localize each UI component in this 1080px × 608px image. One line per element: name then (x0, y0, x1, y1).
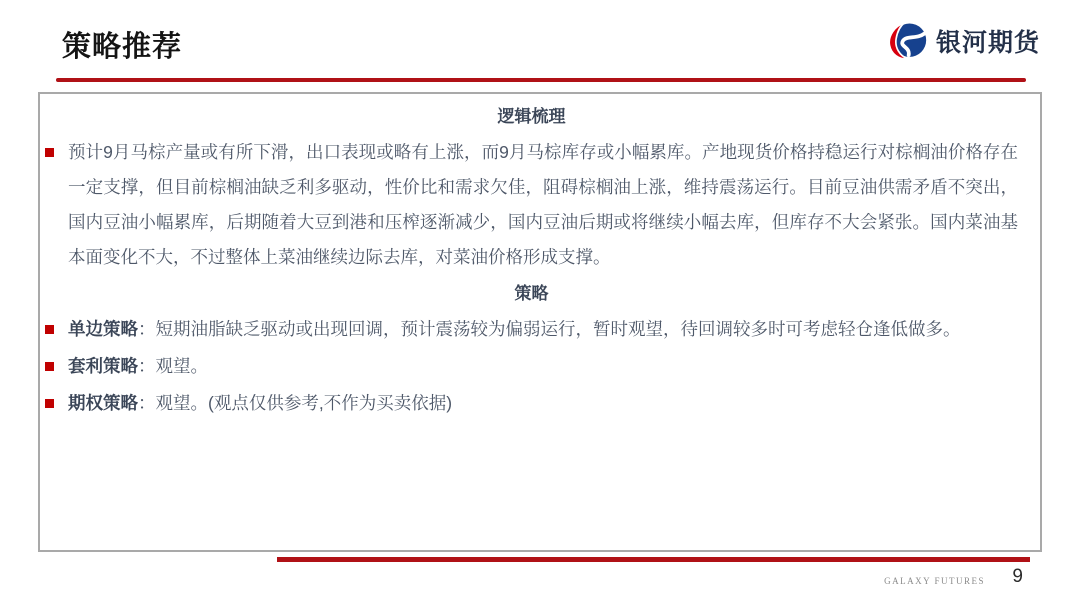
strategy-text: 期权策略：观望。(观点仅供参考,不作为买卖依据) (68, 386, 1018, 421)
bullet-square-icon (45, 362, 54, 371)
list-item-options: 期权策略：观望。(观点仅供参考,不作为买卖依据) (45, 386, 1018, 421)
bullet-square-icon (45, 325, 54, 334)
strategy-list: 单边策略：短期油脂缺乏驱动或出现回调，预计震荡较为偏弱运行，暂时观望，待回调较多… (45, 312, 1018, 421)
list-item-arbitrage: 套利策略：观望。 (45, 349, 1018, 384)
galaxy-sphere-icon (887, 21, 927, 61)
logic-paragraph: 预计9月马棕产量或有所下滑，出口表现或略有上涨，而9月马棕库存或小幅累库。产地现… (68, 135, 1018, 275)
bullet-square-icon (45, 148, 54, 157)
strategy-label: 套利策略 (68, 356, 138, 376)
section-heading-logic: 逻辑梳理 (45, 105, 1018, 129)
header-divider (56, 78, 1026, 82)
brand-logo-text: 银河期货 (936, 23, 1040, 59)
strategy-text: 套利策略：观望。 (68, 349, 1018, 384)
strategy-detail: ：观望。(观点仅供参考,不作为买卖依据) (138, 393, 452, 413)
page-title: 策略推荐 (62, 24, 182, 65)
footer-divider (277, 557, 1030, 562)
list-item-logic: 预计9月马棕产量或有所下滑，出口表现或略有上涨，而9月马棕库存或小幅累库。产地现… (45, 135, 1018, 275)
strategy-label: 期权策略 (68, 393, 138, 413)
slide: 策略推荐 银河期货 逻辑梳理 预计9月马棕产量或有所下滑，出口表现或略有上涨，而… (0, 0, 1080, 608)
footer-brand-text: GALAXY FUTURES (884, 576, 985, 586)
list-item-unilateral: 单边策略：短期油脂缺乏驱动或出现回调，预计震荡较为偏弱运行，暂时观望，待回调较多… (45, 312, 1018, 347)
bullet-square-icon (45, 399, 54, 408)
strategy-detail: ：短期油脂缺乏驱动或出现回调，预计震荡较为偏弱运行，暂时观望，待回调较多时可考虑… (138, 319, 961, 339)
strategy-label: 单边策略 (68, 319, 138, 339)
strategy-text: 单边策略：短期油脂缺乏驱动或出现回调，预计震荡较为偏弱运行，暂时观望，待回调较多… (68, 312, 1018, 347)
strategy-detail: ：观望。 (138, 356, 208, 376)
section-heading-strategy: 策略 (45, 282, 1018, 306)
page-number: 9 (1012, 566, 1023, 588)
content-box: 逻辑梳理 预计9月马棕产量或有所下滑，出口表现或略有上涨，而9月马棕库存或小幅累… (38, 92, 1042, 552)
brand-logo: 银河期货 (887, 21, 1040, 61)
